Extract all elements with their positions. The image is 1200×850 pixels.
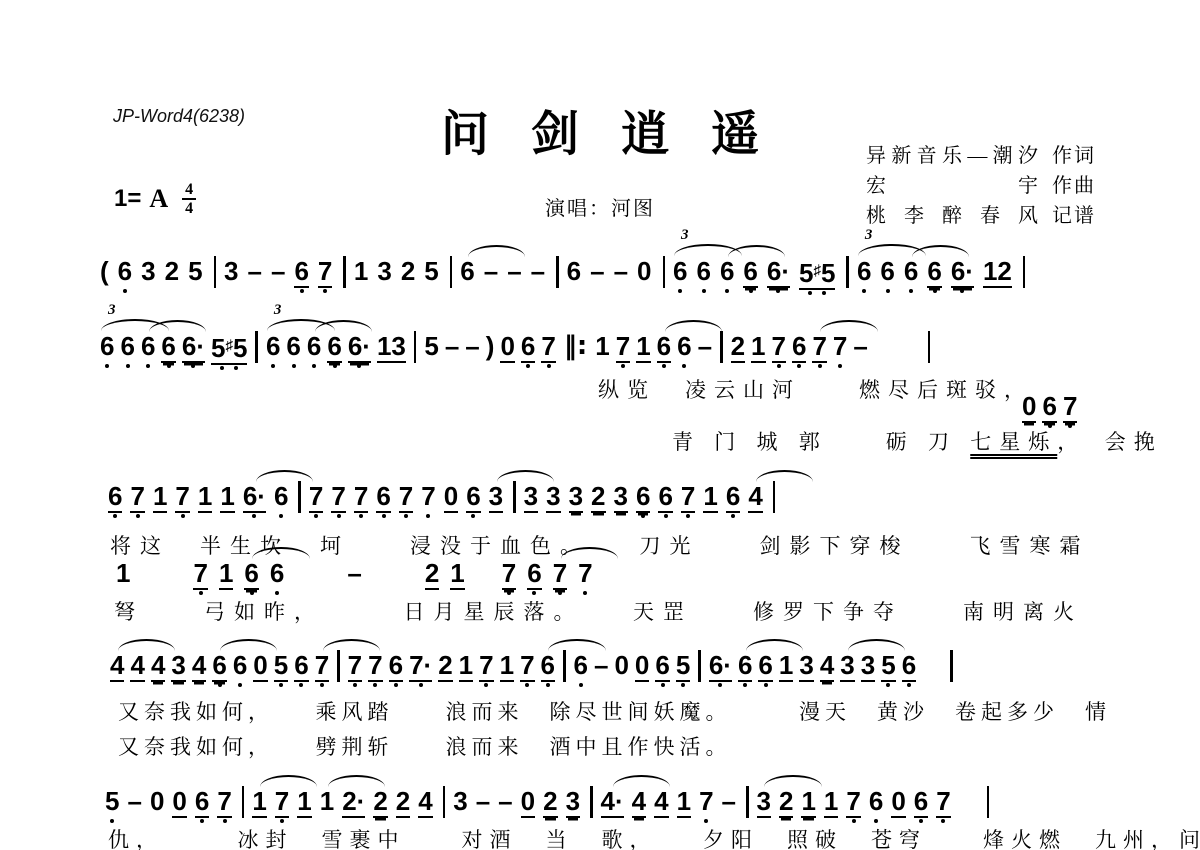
note-token: –	[248, 256, 262, 286]
note-token: 0	[150, 786, 164, 816]
note-token: 6·	[182, 331, 205, 363]
octave-dot-icon	[547, 364, 551, 368]
note-token: 7	[348, 650, 362, 682]
octave-dots-below	[792, 364, 806, 368]
note-token: 7	[553, 558, 567, 590]
barline-icon	[846, 256, 849, 288]
octave-dots-below	[315, 683, 329, 687]
octave-dots-below	[318, 289, 332, 293]
note-token: 2	[165, 256, 179, 286]
note-token: 3	[377, 256, 391, 286]
note-token: 7	[833, 331, 847, 361]
note-token: 6	[521, 331, 535, 363]
credit-composer-name: 宏宇	[866, 171, 1038, 201]
barline-icon	[443, 786, 446, 818]
octave-dot-icon	[886, 683, 890, 687]
octave-dot-icon	[960, 289, 964, 293]
octave-dot-icon	[292, 364, 296, 368]
note-token: 6	[541, 650, 555, 682]
note-token: 1	[450, 558, 464, 590]
note-token: 7	[541, 331, 555, 363]
note-token: –	[594, 650, 608, 680]
octave-dot-icon	[323, 289, 327, 293]
octave-dots-below	[521, 364, 535, 368]
octave-dot-icon	[105, 364, 109, 368]
note-token: 6	[376, 481, 390, 513]
note-token: 6	[677, 331, 691, 361]
octave-dots-below	[676, 683, 690, 687]
octave-dot-icon	[353, 683, 357, 687]
barline-icon	[950, 650, 953, 682]
note-token: 6	[904, 256, 918, 286]
octave-dot-icon	[678, 289, 682, 293]
octave-dots-below	[270, 591, 284, 595]
note-token: –	[507, 256, 521, 286]
note-token: 7	[578, 558, 592, 588]
note-token: 2	[425, 558, 439, 590]
octave-dot-icon	[123, 289, 127, 293]
octave-dot-icon	[279, 683, 283, 687]
octave-dot-icon	[662, 364, 666, 368]
octave-dot-icon	[661, 683, 665, 687]
octave-dot-icon	[275, 591, 279, 595]
triplet-number: 3	[681, 228, 689, 243]
octave-dots-below	[348, 683, 362, 687]
octave-dot-icon	[280, 819, 284, 823]
note-token: 6	[1042, 391, 1056, 423]
octave-dots-below	[772, 364, 786, 368]
note-token: 0	[444, 481, 458, 513]
octave-dot-icon	[838, 364, 842, 368]
note-token: 6	[195, 786, 209, 818]
octave-dot-icon	[579, 683, 583, 687]
slur-arc-icon	[220, 639, 277, 651]
octave-dot-icon	[419, 683, 423, 687]
note-token: 6	[567, 256, 581, 286]
note-token: –	[614, 256, 628, 286]
barline-icon	[450, 256, 453, 288]
note-token: 6·	[767, 256, 790, 288]
octave-dots-below	[409, 683, 432, 687]
note-token: 2	[401, 256, 415, 286]
note-token: 6	[286, 331, 300, 361]
note-token: 6	[212, 650, 226, 682]
note-token: 7	[399, 481, 413, 513]
time-signature: 4 4	[182, 182, 196, 216]
note-token: 3	[546, 481, 560, 513]
octave-dots-below	[348, 364, 371, 368]
octave-dot-icon	[818, 364, 822, 368]
octave-dot-icon	[200, 819, 204, 823]
note-token: 2	[543, 786, 557, 818]
barline-icon	[563, 650, 566, 682]
octave-dot-icon	[852, 819, 856, 823]
note-token: 6	[696, 256, 710, 286]
octave-dots-below	[368, 683, 382, 687]
note-token: 6	[233, 650, 247, 680]
octave-dot-icon	[223, 819, 227, 823]
octave-dots-below	[309, 514, 323, 518]
octave-dots-below	[479, 683, 493, 687]
octave-dot-icon	[146, 364, 150, 368]
note-token: –	[698, 331, 712, 361]
octave-dot-icon	[702, 289, 706, 293]
note-token: 7	[699, 786, 713, 816]
octave-dot-icon	[373, 683, 377, 687]
octave-dots-below	[193, 591, 207, 595]
octave-dot-icon	[136, 514, 140, 518]
octave-dot-icon	[874, 819, 878, 823]
note-token: –	[498, 786, 512, 816]
barline-icon	[214, 256, 217, 288]
slur-arc-icon	[118, 639, 175, 651]
note-token: 6	[869, 786, 883, 816]
octave-dots-below	[244, 591, 258, 595]
note-token: 3	[171, 650, 185, 682]
triplet-number: 3	[274, 303, 282, 318]
note-token: 7	[275, 786, 289, 818]
key-signature: 1= A 4 4	[114, 182, 196, 216]
note-token: 3	[569, 481, 583, 513]
barline-icon	[298, 481, 301, 513]
octave-dot-icon	[126, 364, 130, 368]
credit-lyricist-name: 异新音乐—潮汐	[866, 141, 1038, 171]
note-token: 1	[824, 786, 838, 818]
octave-dot-icon	[357, 364, 361, 368]
score-line-2: 636666·5♯5636666·135––)067‖:17166–217677…	[100, 331, 938, 365]
octave-dots-below	[286, 364, 300, 368]
barline-icon	[414, 331, 417, 363]
note-token: 7	[368, 650, 382, 682]
octave-dot-icon	[526, 364, 530, 368]
octave-dot-icon	[250, 591, 254, 595]
note-token: 7	[217, 786, 231, 818]
octave-dots-below	[217, 819, 231, 823]
octave-dots-below	[541, 683, 555, 687]
octave-dot-icon	[682, 364, 686, 368]
octave-dot-icon	[749, 289, 753, 293]
note-token: 6	[118, 256, 132, 286]
octave-dot-icon	[532, 591, 536, 595]
note-token: 7	[354, 481, 368, 513]
octave-dot-icon	[382, 514, 386, 518]
octave-dots-below	[657, 364, 671, 368]
note-token: 6	[466, 481, 480, 513]
note-token: 3	[566, 786, 580, 818]
note-token: 3	[614, 481, 628, 513]
octave-dots-below	[120, 364, 134, 368]
note-token: 6·	[348, 331, 371, 363]
octave-dot-icon	[471, 514, 475, 518]
octave-dot-icon	[218, 683, 222, 687]
triplet-number: 3	[865, 228, 873, 243]
lyric-line-verse2a: 青 门 城 郭 砺 刀 七星烁， 会挽	[672, 426, 1163, 456]
octave-dots-below	[658, 514, 672, 518]
octave-dots-below	[936, 819, 950, 823]
note-token: –	[484, 256, 498, 286]
octave-dots-below	[681, 514, 695, 518]
lyric-line-chorus1: 又奈我如何， 乘风踏 浪而来 除尽世间妖魔。 漫天 黄沙 卷起多少 情	[118, 696, 1111, 726]
note-token: 2	[373, 786, 387, 818]
note-token: 6	[726, 481, 740, 513]
note-token: 2	[779, 786, 793, 818]
note-token: 6	[880, 256, 894, 286]
note-token: 7	[331, 481, 345, 513]
barline-icon	[663, 256, 666, 288]
octave-dot-icon	[909, 289, 913, 293]
octave-dot-icon	[777, 364, 781, 368]
note-token: 7	[520, 650, 534, 682]
note-token: 1	[220, 481, 234, 513]
octave-dots-below	[195, 819, 209, 823]
note-token: 7	[315, 650, 329, 682]
note-token: 7	[1063, 391, 1077, 423]
octave-dot-icon	[394, 683, 398, 687]
octave-dots-below	[307, 364, 321, 368]
octave-dots-below	[421, 514, 435, 518]
credit-composer: 宏宇 作曲	[866, 171, 1100, 201]
note-token: 6	[460, 256, 474, 286]
note-token: 1	[219, 558, 233, 590]
note-token: –	[127, 786, 141, 816]
lyric-verse2a-underlined: 七星烁	[970, 430, 1057, 454]
score-line-1: (63253––6713256–––6––0636666·5♯5636666·1…	[100, 256, 1033, 290]
note-token: 5	[676, 650, 690, 682]
note-token: 6	[120, 331, 134, 361]
note-token: )	[486, 331, 495, 361]
note-token: 1	[252, 786, 266, 818]
slur-arc-icon	[746, 639, 803, 651]
octave-dots-below	[389, 683, 403, 687]
octave-dots-below	[175, 514, 189, 518]
note-token: 1	[459, 650, 473, 682]
octave-dots-below	[294, 683, 308, 687]
octave-dots-below	[118, 289, 132, 293]
note-token: 4·	[601, 786, 624, 818]
octave-dot-icon	[776, 289, 780, 293]
octave-dot-icon	[808, 291, 812, 295]
note-token: 1	[677, 786, 691, 818]
note-token: 3	[840, 650, 854, 682]
note-token: 6	[792, 331, 806, 363]
note-token: 1	[636, 331, 650, 363]
octave-dot-icon	[484, 683, 488, 687]
note-token: –	[590, 256, 604, 286]
barline-icon	[255, 331, 258, 363]
lyric-line-verse1b: 将这 半生坎 坷 浸没于血色。 刀光 剑影下穿梭 飞雪寒霜	[110, 530, 1090, 560]
note-token: 3	[489, 481, 503, 513]
octave-dots-below	[502, 591, 516, 595]
note-token: 6	[294, 256, 308, 288]
note-token: 6	[389, 650, 403, 682]
barline-icon	[1023, 256, 1026, 288]
octave-dots-below	[266, 364, 280, 368]
note-token: 3	[141, 256, 155, 286]
note-token: –	[531, 256, 545, 286]
octave-dots-below	[696, 289, 710, 293]
octave-dots-below	[541, 364, 555, 368]
note-token: 5	[424, 331, 438, 361]
barline-icon	[773, 481, 776, 513]
note-token: 6	[636, 481, 650, 513]
credit-lyricist-role: 作词	[1052, 141, 1100, 171]
octave-dots-below	[274, 514, 288, 518]
lyric-verse2a-pre: 青 门 城 郭 砺 刀	[672, 430, 970, 454]
octave-dots-below	[726, 514, 740, 518]
octave-dot-icon	[764, 683, 768, 687]
note-token: 3	[524, 481, 538, 513]
note-token: 1	[354, 256, 368, 286]
note-token: 1	[198, 481, 212, 513]
octave-dot-icon	[621, 364, 625, 368]
note-token: 5	[881, 650, 895, 682]
note-token: 6	[914, 786, 928, 818]
note-token: 1	[116, 558, 130, 588]
octave-dot-icon	[664, 514, 668, 518]
note-token: 6	[758, 650, 772, 682]
note-token: 7	[175, 481, 189, 513]
note-token: 4	[654, 786, 668, 818]
note-token: 6	[657, 331, 671, 363]
note-token: 7	[681, 481, 695, 513]
note-token: 12	[983, 256, 1012, 288]
octave-dot-icon	[252, 514, 256, 518]
lyric-line-verse2b: 弩 弓如昨， 日月星辰落。 天罡 修罗下争夺 南明离火	[114, 596, 1083, 626]
note-token: 7	[772, 331, 786, 363]
octave-dots-below	[574, 683, 588, 687]
octave-dot-icon	[546, 683, 550, 687]
octave-dots-below	[846, 819, 860, 823]
lyric-line-verse1a: 纵览 凌云山河 燃尽后斑驳，	[598, 374, 1033, 404]
note-token: 0	[635, 650, 649, 682]
note-token: 6	[574, 650, 588, 680]
note-token: 2·	[342, 786, 365, 818]
octave-dots-below	[275, 819, 289, 823]
octave-dot-icon	[941, 819, 945, 823]
octave-dot-icon	[314, 514, 318, 518]
note-token: –	[853, 331, 867, 361]
note-token: 6	[655, 650, 669, 682]
credits-block: 异新音乐—潮汐 作词 宏宇 作曲 桃李醉春风 记谱	[866, 141, 1100, 231]
credit-transcriber-name: 桃李醉春风	[866, 201, 1038, 231]
repeat-start-icon: ‖:	[564, 331, 587, 361]
note-token: 4	[110, 650, 124, 682]
note-token: 7	[502, 558, 516, 590]
note-token: 2	[731, 331, 745, 363]
note-token: 7	[309, 481, 323, 513]
octave-dots-below	[767, 289, 790, 293]
note-token: 0	[891, 786, 905, 818]
note-token: 6	[274, 481, 288, 511]
note-token: 0	[521, 786, 535, 818]
octave-dots-below	[294, 289, 308, 293]
octave-dot-icon	[426, 514, 430, 518]
octave-dots-below	[211, 366, 247, 370]
note-token: 4	[151, 650, 165, 682]
octave-dots-below	[105, 819, 119, 823]
octave-dots-below	[578, 591, 592, 595]
note-token: 6·	[709, 650, 732, 682]
score-line-4: 17166–217677	[116, 558, 604, 590]
octave-dot-icon	[686, 514, 690, 518]
lyric-line-final: 仇， 冰封 雪裹中 对酒 当 歌， 夕阳 照破 苍穹 烽火燃 九州，问江	[108, 824, 1200, 850]
time-signature-denominator: 4	[185, 200, 193, 216]
score-line-3: 6717116·677767706333323667164	[108, 481, 783, 513]
barline-icon	[987, 786, 990, 818]
octave-dot-icon	[507, 591, 511, 595]
note-token: 63	[857, 256, 871, 286]
note-token: 1	[297, 786, 311, 818]
note-token: 6	[244, 558, 258, 590]
octave-dots-below	[100, 364, 114, 368]
score-line-6: 5–006717112·2243––0234·4417–321176067	[105, 786, 997, 818]
sharp-icon: ♯	[225, 337, 233, 354]
sharp-icon: ♯	[813, 262, 821, 279]
octave-dot-icon	[279, 514, 283, 518]
octave-dot-icon	[299, 683, 303, 687]
octave-dots-below	[212, 683, 226, 687]
note-token: 7	[616, 331, 630, 363]
octave-dot-icon	[704, 819, 708, 823]
note-token: 7	[479, 650, 493, 682]
sheet-music-page: JP-Word4(6238) 问剑逍遥 演唱：河图 1= A 4 4 异新音乐—…	[0, 0, 1200, 850]
note-token: 5	[274, 650, 288, 682]
octave-dots-below	[130, 514, 144, 518]
note-token: 6	[108, 481, 122, 513]
barline-icon	[556, 256, 559, 288]
note-token: –	[347, 558, 361, 588]
note-token: 6	[902, 650, 916, 682]
lyric-verse2a-post: ， 会挽	[1057, 430, 1163, 454]
slur-arc-icon	[756, 470, 813, 482]
octave-dot-icon	[641, 514, 645, 518]
note-token: 6	[720, 256, 734, 286]
note-token: 0	[614, 650, 628, 680]
octave-dot-icon	[110, 819, 114, 823]
octave-dots-below	[655, 683, 669, 687]
octave-dots-below	[520, 683, 534, 687]
octave-dots-below	[141, 364, 155, 368]
octave-dots-below	[466, 514, 480, 518]
octave-dot-icon	[404, 514, 408, 518]
credit-composer-role: 作曲	[1052, 171, 1100, 201]
note-token: 4	[820, 650, 834, 682]
note-token: 7	[318, 256, 332, 288]
time-signature-numerator: 4	[182, 182, 196, 200]
octave-dots-below	[553, 591, 567, 595]
octave-dot-icon	[558, 591, 562, 595]
note-token: 5♯5	[211, 331, 247, 365]
octave-dot-icon	[919, 819, 923, 823]
octave-dot-icon	[113, 514, 117, 518]
octave-dot-icon	[681, 683, 685, 687]
octave-dots-below	[636, 514, 650, 518]
barline-icon	[698, 650, 701, 682]
slur-arc-icon	[848, 639, 905, 651]
octave-dots-below	[677, 364, 691, 368]
note-token: 1	[751, 331, 765, 363]
octave-dots-below	[902, 683, 916, 687]
note-token: 6·	[951, 256, 974, 288]
octave-dots-below	[376, 514, 390, 518]
note-token: 0	[500, 331, 514, 363]
credit-transcriber: 桃李醉春风 记谱	[866, 201, 1100, 231]
octave-dot-icon	[583, 591, 587, 595]
score-line-5: 444346605677767·2171766–00656·661343356	[110, 650, 961, 682]
note-token: 6	[738, 650, 752, 682]
slur-arc-icon	[820, 320, 877, 332]
note-token: 63	[673, 256, 687, 286]
